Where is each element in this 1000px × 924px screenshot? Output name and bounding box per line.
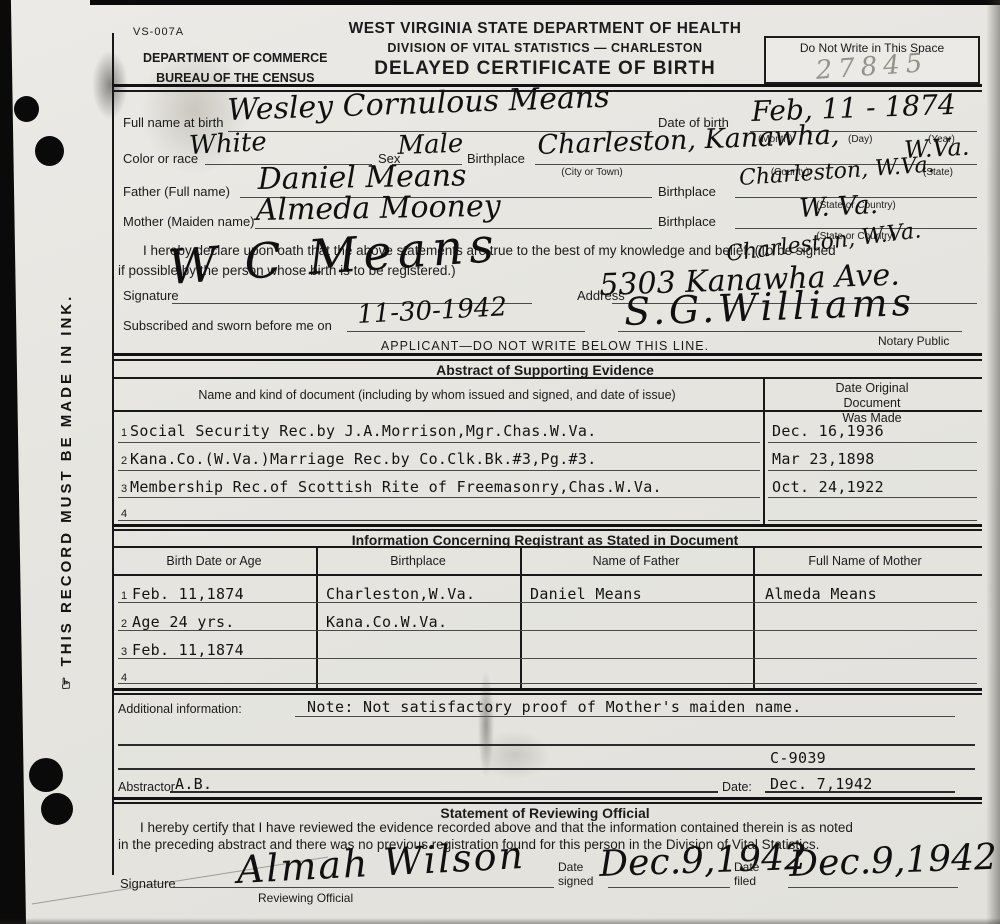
abstract-column-divider — [763, 377, 765, 524]
reviewing-signature-label: Signature — [120, 876, 176, 891]
field-underline — [295, 716, 955, 717]
field-underline — [788, 887, 958, 888]
rule — [112, 797, 982, 800]
field-underline — [608, 887, 730, 888]
date-filed-label: Date filed — [734, 860, 759, 889]
registrant-column-divider — [753, 546, 755, 688]
scan-edge-left — [0, 0, 26, 924]
row-underline — [768, 442, 977, 443]
dob-sub-day: (Day) — [848, 134, 872, 145]
registrant-birthplace[interactable]: Kana.Co.W.Va. — [326, 613, 447, 631]
registrant-column-divider — [520, 546, 522, 688]
row-underline — [118, 497, 760, 498]
color-race-label: Color or race — [123, 151, 198, 166]
registrant-row-num: 3 — [121, 646, 127, 658]
smudge — [480, 730, 550, 780]
scanned-birth-certificate: ☞ THIS RECORD MUST BE MADE IN INK. VS-00… — [0, 0, 1000, 924]
registrant-column-divider — [316, 546, 318, 688]
hole-punch — [41, 793, 73, 825]
bp-sub-city: (City or Town) — [561, 167, 623, 178]
sex-value[interactable]: Male — [397, 129, 464, 161]
field-underline — [765, 791, 955, 793]
full-name-label: Full name at birth — [123, 115, 223, 130]
certificate-number-handwritten: 27845 — [815, 48, 930, 86]
notary-label: Notary Public — [878, 334, 949, 348]
form-number: VS-007A — [133, 26, 184, 38]
rule — [112, 693, 982, 695]
hole-punch — [14, 96, 39, 122]
abstract-title: Abstract of Supporting Evidence — [436, 362, 654, 378]
registrant-col-header: Birth Date or Age — [166, 554, 261, 568]
row-underline — [768, 520, 977, 521]
row-underline — [118, 683, 977, 684]
abstract-col2-header: Date Original Document Was Made — [808, 381, 936, 426]
registrant-birthplace[interactable]: Charleston,W.Va. — [326, 585, 475, 603]
abstract-row-num: 3 — [121, 483, 127, 495]
rule — [112, 359, 982, 361]
abstract-row-name[interactable]: Kana.Co.(W.Va.)Marriage Rec.by Co.Clk.Bk… — [130, 450, 597, 468]
rule — [112, 574, 982, 576]
mother-label: Mother (Maiden name) — [123, 214, 255, 229]
additional-info-label: Additional information: — [118, 702, 242, 716]
field-underline — [170, 791, 718, 793]
abstractor-label: Abstractor — [118, 780, 175, 794]
birthplace-value[interactable]: Charleston, Kanawha, — [537, 119, 840, 161]
rule — [112, 353, 982, 356]
registrant-birth[interactable]: Feb. 11,1874 — [132, 641, 244, 659]
date-signed-label: Date signed — [558, 860, 593, 889]
row-underline — [118, 658, 977, 659]
hole-punch — [35, 136, 64, 166]
father-bp-label: Birthplace — [658, 184, 716, 199]
row-underline — [118, 602, 977, 603]
form-left-border — [112, 33, 114, 875]
additional-info-value[interactable]: Note: Not satisfactory proof of Mother's… — [307, 698, 802, 716]
abstract-row-name[interactable]: Social Security Rec.by J.A.Morrison,Mgr.… — [130, 422, 597, 440]
scan-edge-bottom — [0, 918, 1000, 924]
row-underline — [118, 442, 760, 443]
rule — [112, 802, 982, 804]
rule — [112, 688, 982, 691]
applicant-warning-line: APPLICANT—DO NOT WRITE BELOW THIS LINE. — [381, 339, 709, 353]
field-underline — [347, 331, 585, 332]
rule — [112, 529, 982, 531]
header-title-certificate: DELAYED CERTIFICATE OF BIRTH — [374, 58, 716, 80]
registrant-col-header: Birthplace — [390, 554, 446, 568]
reviewing-official-label: Reviewing Official — [258, 891, 353, 905]
field-underline — [618, 331, 962, 332]
father-label: Father (Full name) — [123, 184, 230, 199]
registrant-father[interactable]: Daniel Means — [530, 585, 642, 603]
abstract-row-date[interactable]: Oct. 24,1922 — [772, 478, 884, 496]
date-filed-value[interactable]: Dec.9,1942 — [789, 837, 998, 885]
birthplace-label: Birthplace — [467, 151, 525, 166]
blank-line — [118, 768, 975, 770]
rule — [112, 524, 982, 527]
hole-punch — [29, 758, 63, 792]
mother-bp-value[interactable]: W. Va. — [798, 190, 878, 224]
abstract-row-num: 2 — [121, 455, 127, 467]
do-not-write-box: Do Not Write in This Space 27845 — [764, 36, 980, 84]
rule — [112, 410, 982, 412]
registrant-birth[interactable]: Feb. 11,1874 — [132, 585, 244, 603]
registrant-col-header: Full Name of Mother — [808, 554, 921, 568]
file-number: C-9039 — [770, 749, 826, 767]
notary-signature[interactable]: S.G.Williams — [623, 280, 915, 334]
row-underline — [768, 470, 977, 471]
abstract-row-name[interactable]: Membership Rec.of Scottish Rite of Freem… — [130, 478, 662, 496]
certify-line1: I hereby certify that I have reviewed th… — [140, 820, 853, 835]
field-underline — [172, 887, 554, 888]
row-underline — [118, 470, 760, 471]
agency-name: DEPARTMENT OF COMMERCE BUREAU OF THE CEN… — [143, 48, 328, 88]
row-underline — [118, 630, 977, 631]
abstract-row-date[interactable]: Dec. 16,1936 — [772, 422, 884, 440]
father-bp-value[interactable]: Charleston, W.Va. — [738, 152, 935, 191]
registrant-row-num: 2 — [121, 618, 127, 630]
registrant-birth[interactable]: Age 24 yrs. — [132, 613, 235, 631]
abstract-row-num: 1 — [121, 427, 127, 439]
color-race-value[interactable]: White — [188, 127, 267, 161]
row-underline — [118, 520, 760, 521]
sworn-label: Subscribed and sworn before me on — [123, 318, 332, 333]
sworn-date-value[interactable]: 11-30-1942 — [356, 292, 507, 330]
abstract-row-num: 4 — [121, 508, 127, 520]
header-title-health-dept: WEST VIRGINIA STATE DEPARTMENT OF HEALTH — [349, 20, 742, 38]
abstract-col1-header: Name and kind of document (including by … — [198, 388, 675, 402]
rule — [112, 546, 982, 548]
registrant-mother[interactable]: Almeda Means — [765, 585, 877, 603]
blank-line — [118, 744, 975, 746]
scan-edge-top — [90, 0, 1000, 5]
scan-edge-right — [986, 0, 1000, 924]
header-title-division: DIVISION OF VITAL STATISTICS — CHARLESTO… — [387, 41, 702, 55]
reviewing-title: Statement of Reviewing Official — [440, 805, 649, 821]
date-label: Date: — [722, 780, 752, 794]
row-underline — [768, 497, 977, 498]
rule — [112, 377, 982, 379]
abstract-row-date[interactable]: Mar 23,1898 — [772, 450, 875, 468]
registrant-col-header: Name of Father — [593, 554, 680, 568]
date-signed-value[interactable]: Dec.9,1942 — [599, 837, 808, 885]
registrant-row-num: 1 — [121, 590, 127, 602]
margin-ink-note: ☞ THIS RECORD MUST BE MADE IN INK. — [58, 230, 76, 690]
mother-bp-label: Birthplace — [658, 214, 716, 229]
